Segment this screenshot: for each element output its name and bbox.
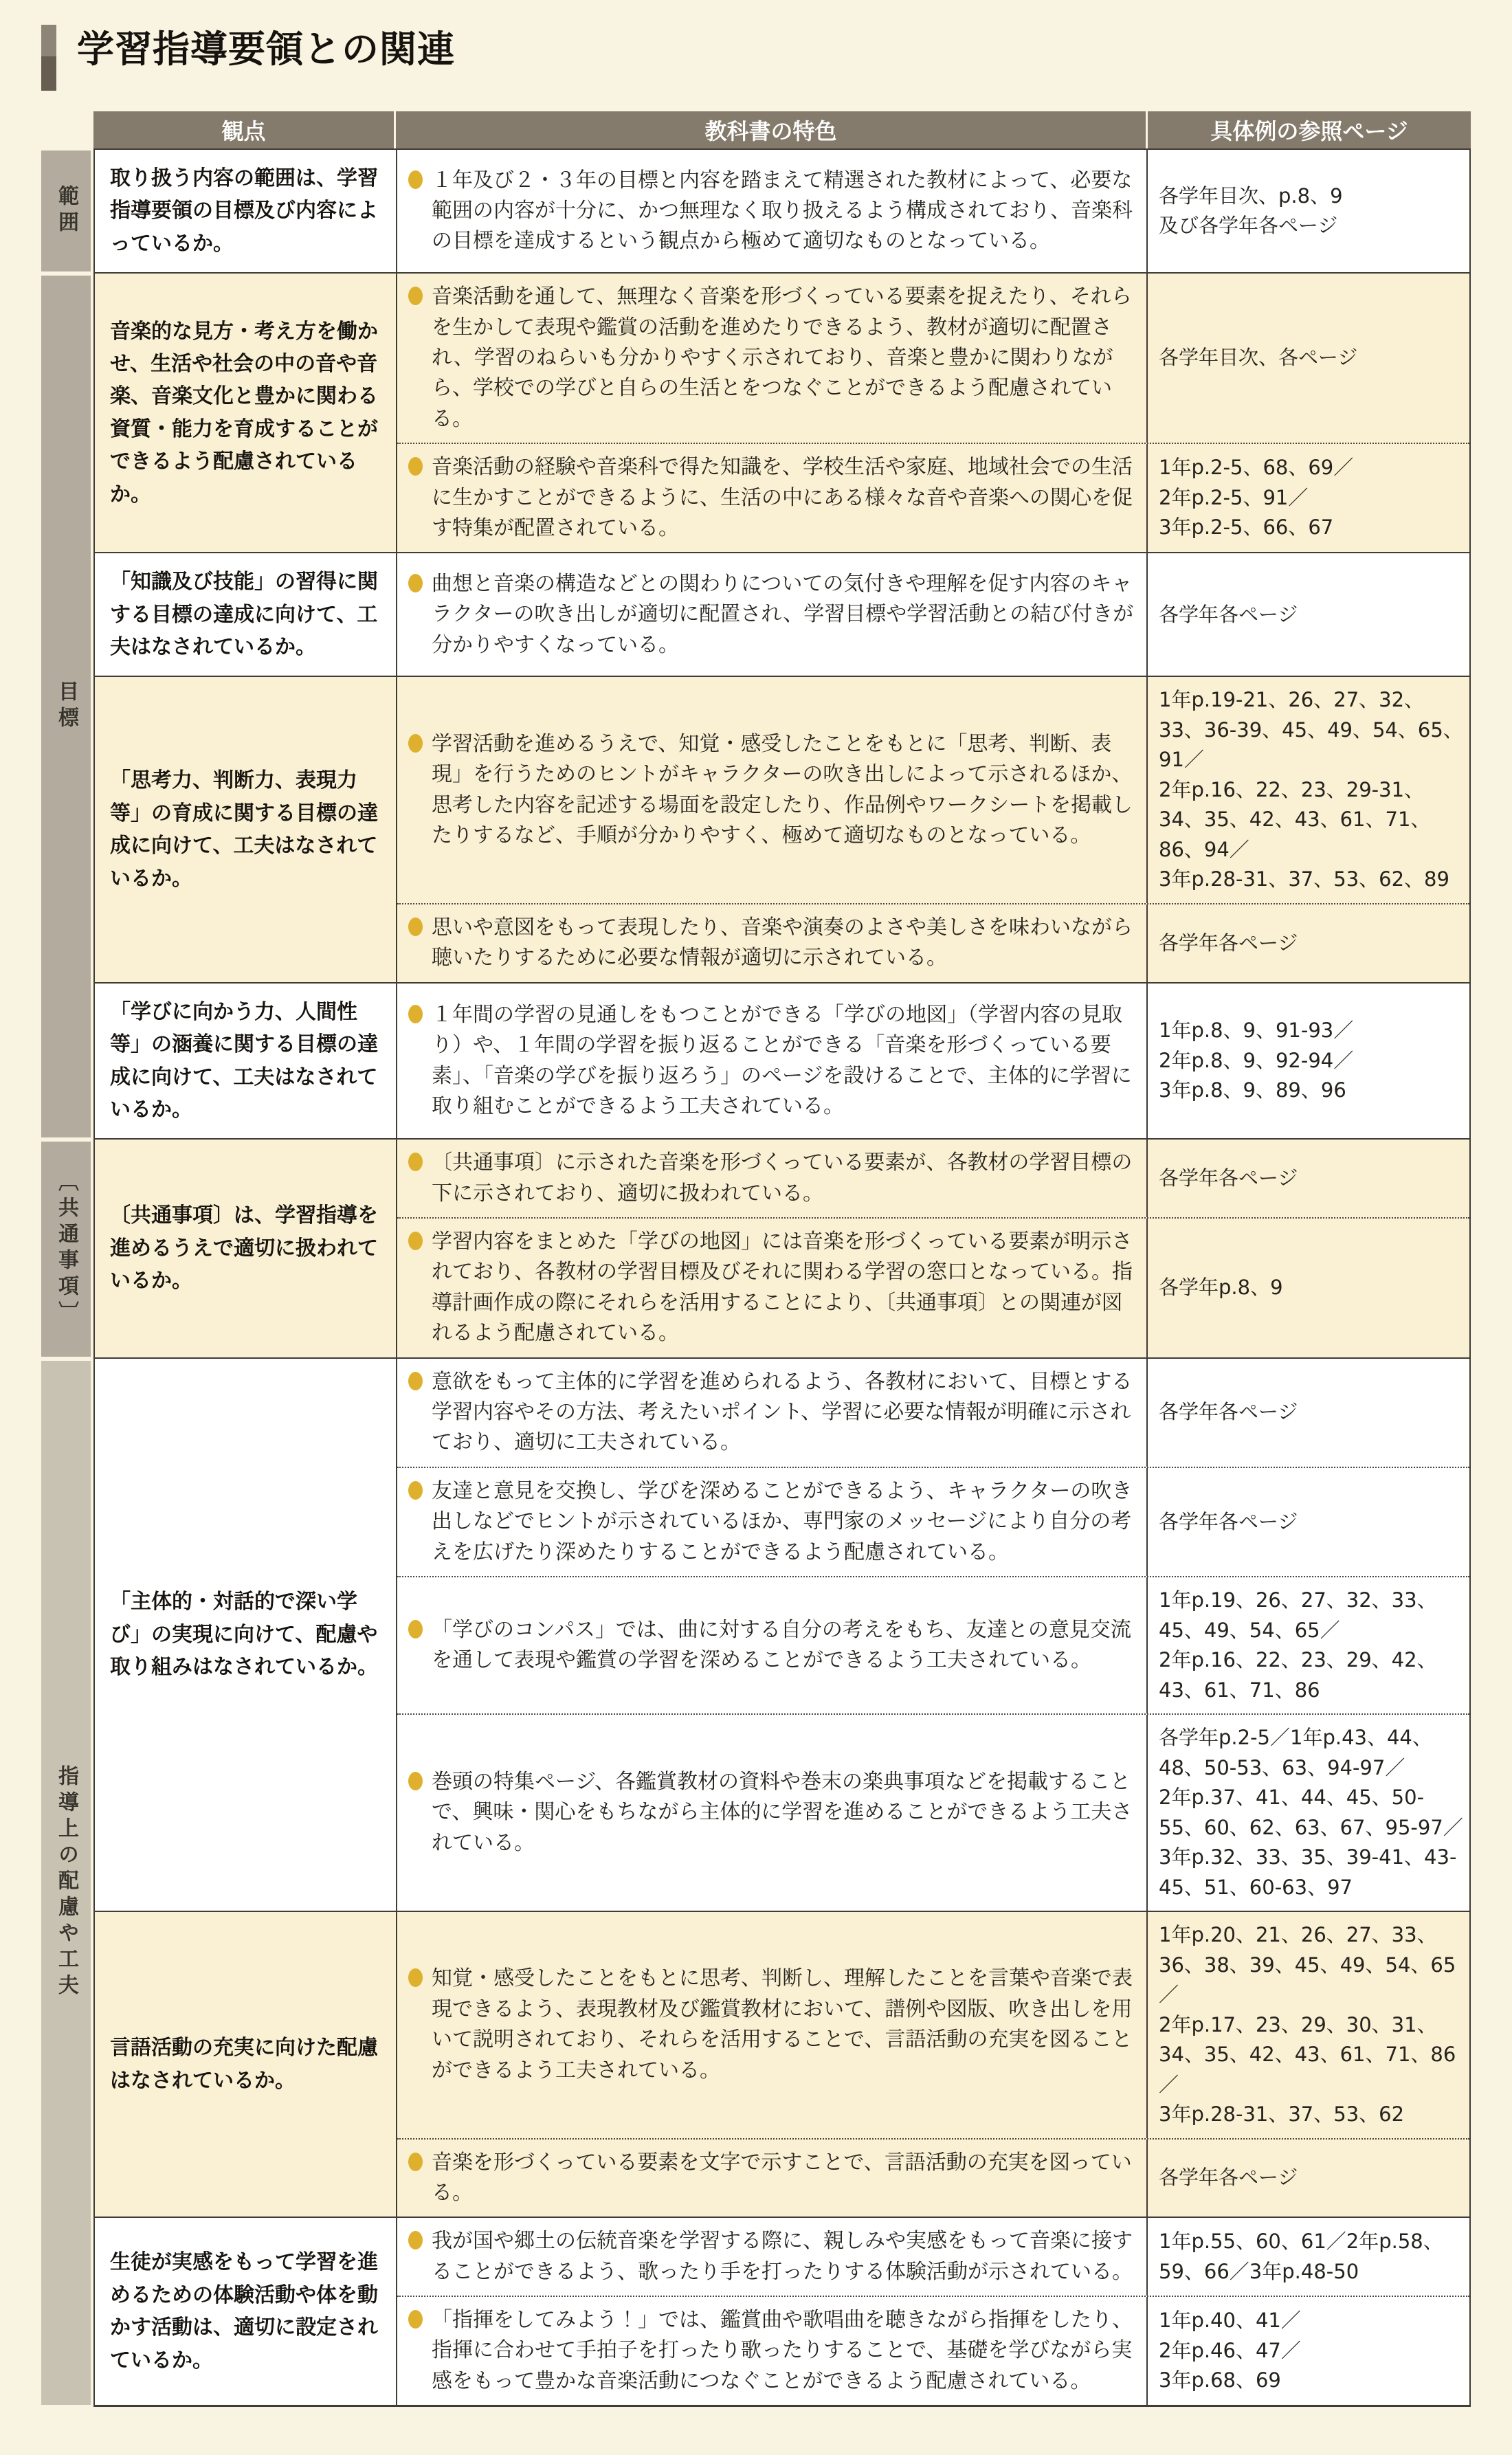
subrows: １年及び２・３年の目標と内容を踏まえて精選された教材によって、必要な範囲の内容が… [397,150,1469,272]
page-title: 学習指導要領との関連 [77,29,455,69]
feature-inner: 「指揮をしてみよう！」では、鑑賞曲や歌唱曲を聴きながら指揮をしたり、指揮に合わせ… [408,2305,1134,2397]
pages-cell: 1年p.40、41／ 2年p.46、47／ 3年p.68、69 [1146,2297,1469,2405]
section-label-cell: 範囲 [41,148,91,274]
pages-cell: 各学年各ページ [1146,1468,1469,1576]
feature-inner: 学習内容をまとめた「学びの地図」には音楽を形づくっている要素が明示されており、各… [408,1227,1134,1349]
feature-text: 思いや意図をもって表現したり、音楽や演奏のよさや美しさを味わいながら聴いたりする… [432,913,1134,974]
feature-inner: １年間の学習の見通しをもつことができる「学びの地図」（学習内容の見取り）や、１年… [408,1000,1134,1122]
section-rows: 「主体的・対話的で深い学び」の実現に向けて、配慮や取り組みはなされているか。 意… [93,1359,1471,2408]
feature-subrow: 巻頭の特集ページ、各鑑賞教材の資料や巻末の楽典事項などを掲載することで、興味・関… [397,1713,1469,1911]
subrows: １年間の学習の見通しをもつことができる「学びの地図」（学習内容の見取り）や、１年… [397,984,1469,1139]
section-rows: 取り扱う内容の範囲は、学習指導要領の目標及び内容によっているか。 １年及び２・３… [93,148,1471,274]
feature-subrow: 知覚・感受したことをもとに思考、判断し、理解したことを言葉や音楽で表現できるよう… [397,1912,1469,2138]
section-label-bg: 目標 [41,276,91,1137]
feature-cell: 音楽活動を通して、無理なく音楽を形づくっている要素を捉えたり、それらを生かして表… [397,274,1146,443]
bullet-icon [408,170,423,189]
subrows: 音楽活動を通して、無理なく音楽を形づくっている要素を捉えたり、それらを生かして表… [397,274,1469,552]
feature-text: 我が国や郷土の伝統音楽を学習する際に、親しみや実感をもって音楽に接することができ… [432,2226,1134,2287]
pages-cell: 各学年各ページ [1146,904,1469,982]
feature-cell: 〔共通事項〕に示された音楽を形づくっている要素が、各教材の学習目標の下に示されて… [397,1140,1146,1217]
pages-cell: 1年p.19、26、27、32、33、45、49、54、65／ 2年p.16、2… [1146,1577,1469,1713]
table-row: 「思考力、判断力、表現力等」の育成に関する目標の達成に向けて、工夫はなされている… [95,677,1469,983]
section-rows: 音楽的な見方・考え方を働かせ、生活や社会の中の音や音楽、音楽文化と豊かに関わる資… [93,274,1471,1140]
feature-text: 曲想と音楽の構造などとの関わりについての気付きや理解を促す内容のキャラクターの吹… [432,569,1134,660]
feature-cell: 曲想と音楽の構造などとの関わりについての気付きや理解を促す内容のキャラクターの吹… [397,553,1146,676]
feature-text: １年間の学習の見通しをもつことができる「学びの地図」（学習内容の見取り）や、１年… [432,1000,1134,1122]
section-label-bg: 範囲 [41,151,91,271]
table-body: 範囲 取り扱う内容の範囲は、学習指導要領の目標及び内容によっているか。 １年及び… [41,148,1471,2407]
bullet-icon [408,574,423,592]
table-row: 生徒が実感をもって学習を進めるための体験活動や体を動かす活動は、適切に設定されて… [95,2218,1469,2405]
table-row: 音楽的な見方・考え方を働かせ、生活や社会の中の音や音楽、音楽文化と豊かに関わる資… [95,274,1469,553]
bullet-icon [408,1968,423,1987]
viewpoint-cell: 音楽的な見方・考え方を働かせ、生活や社会の中の音や音楽、音楽文化と豊かに関わる資… [95,274,397,552]
bullet-icon [408,1620,423,1638]
feature-inner: 思いや意図をもって表現したり、音楽や演奏のよさや美しさを味わいながら聴いたりする… [408,913,1134,974]
feature-cell: １年間の学習の見通しをもつことができる「学びの地図」（学習内容の見取り）や、１年… [397,984,1146,1139]
feature-subrow: 「指揮をしてみよう！」では、鑑賞曲や歌唱曲を聴きながら指揮をしたり、指揮に合わせ… [397,2296,1469,2405]
feature-inner: 音楽活動を通して、無理なく音楽を形づくっている要素を捉えたり、それらを生かして表… [408,282,1134,434]
bullet-icon [408,1372,423,1390]
feature-subrow: １年間の学習の見通しをもつことができる「学びの地図」（学習内容の見取り）や、１年… [397,984,1469,1139]
viewpoint-cell: 「主体的・対話的で深い学び」の実現に向けて、配慮や取り組みはなされているか。 [95,1359,397,1911]
table-row: 「主体的・対話的で深い学び」の実現に向けて、配慮や取り組みはなされているか。 意… [95,1359,1469,1912]
subrows: 〔共通事項〕に示された音楽を形づくっている要素が、各教材の学習目標の下に示されて… [397,1140,1469,1357]
pages-cell: 各学年p.8、9 [1146,1219,1469,1357]
feature-text: 知覚・感受したことをもとに思考、判断し、理解したことを言葉や音楽で表現できるよう… [432,1964,1134,2086]
feature-text: 学習活動を進めるうえで、知覚・感受したことをもとに「思考、判断、表現」を行うため… [432,729,1134,852]
feature-cell: 音楽を形づくっている要素を文字で示すことで、言語活動の充実を図っている。 [397,2140,1146,2217]
feature-inner: 我が国や郷土の伝統音楽を学習する際に、親しみや実感をもって音楽に接することができ… [408,2226,1134,2287]
feature-inner: 音楽活動の経験や音楽科で得た知識を、学校生活や家庭、地域社会での生活に生かすこと… [408,452,1134,544]
table-section: 指導上の配慮や工夫 「主体的・対話的で深い学び」の実現に向けて、配慮や取り組みは… [41,1359,1471,2408]
subrows: 学習活動を進めるうえで、知覚・感受したことをもとに「思考、判断、表現」を行うため… [397,677,1469,981]
pages-cell: 1年p.20、21、26、27、33、36、38、39、45、49、54、65／… [1146,1912,1469,2138]
feature-text: 巻頭の特集ページ、各鑑賞教材の資料や巻末の楽典事項などを掲載することで、興味・関… [432,1767,1134,1858]
feature-text: 「学びのコンパス」では、曲に対する自分の考えをもち、友達との意見交流を通して表現… [432,1615,1134,1676]
feature-inner: 巻頭の特集ページ、各鑑賞教材の資料や巻末の楽典事項などを掲載することで、興味・関… [408,1767,1134,1858]
table-row: 「知識及び技能」の習得に関する目標の達成に向けて、工夫はなされているか。 曲想と… [95,553,1469,677]
bullet-icon [408,1232,423,1250]
title-bar-top-segment [41,25,56,56]
feature-cell: １年及び２・３年の目標と内容を踏まえて精選された教材によって、必要な範囲の内容が… [397,150,1146,272]
viewpoint-cell: 〔共通事項〕は、学習指導を進めるうえで適切に扱われているか。 [95,1140,397,1357]
feature-subrow: 我が国や郷土の伝統音楽を学習する際に、親しみや実感をもって音楽に接することができ… [397,2218,1469,2296]
bullet-icon [408,734,423,753]
section-label: 指導上の配慮や工夫 [51,1765,81,2000]
feature-cell: 意欲をもって主体的に学習を進められるよう、各教材において、目標とする学習内容やそ… [397,1359,1146,1467]
bullet-icon [408,2231,423,2250]
section-label-bg: 〔共通事項〕 [41,1142,91,1356]
relation-table: 観点 教科書の特色 具体例の参照ページ 範囲 取り扱う内容の範囲は、学習指導要領… [41,111,1471,2407]
feature-cell: 学習内容をまとめた「学びの地図」には音楽を形づくっている要素が明示されており、各… [397,1219,1146,1357]
table-row: 「学びに向かう力、人間性等」の涵養に関する目標の達成に向けて、工夫はなされている… [95,984,1469,1140]
feature-inner: 曲想と音楽の構造などとの関わりについての気付きや理解を促す内容のキャラクターの吹… [408,569,1134,660]
pages-cell: 1年p.19-21、26、27、32、33、36-39、45、49、54、65、… [1146,677,1469,903]
subrows: 意欲をもって主体的に学習を進められるよう、各教材において、目標とする学習内容やそ… [397,1359,1469,1911]
section-label: 範囲 [51,185,81,237]
feature-inner: 学習活動を進めるうえで、知覚・感受したことをもとに「思考、判断、表現」を行うため… [408,729,1134,852]
pages-cell: 各学年各ページ [1146,1140,1469,1217]
pages-cell: 各学年目次、各ページ [1146,274,1469,443]
feature-text: １年及び２・３年の目標と内容を踏まえて精選された教材によって、必要な範囲の内容が… [432,166,1134,257]
column-header-viewpoint: 観点 [93,111,396,148]
feature-text: 「指揮をしてみよう！」では、鑑賞曲や歌唱曲を聴きながら指揮をしたり、指揮に合わせ… [432,2305,1134,2397]
feature-subrow: １年及び２・３年の目標と内容を踏まえて精選された教材によって、必要な範囲の内容が… [397,150,1469,272]
title-bar-bottom-segment [41,56,56,91]
pages-cell: 各学年各ページ [1146,1359,1469,1467]
subrows: 知覚・感受したことをもとに思考、判断し、理解したことを言葉や音楽で表現できるよう… [397,1912,1469,2217]
pages-cell: 各学年目次、p.8、9 及び各学年各ページ [1146,150,1469,272]
section-label-cell: 目標 [41,274,91,1140]
feature-cell: 友達と意見を交換し、学びを深めることができるよう、キャラクターの吹き出しなどでヒ… [397,1468,1146,1576]
feature-cell: 「指揮をしてみよう！」では、鑑賞曲や歌唱曲を聴きながら指揮をしたり、指揮に合わせ… [397,2297,1146,2405]
feature-text: 〔共通事項〕に示された音楽を形づくっている要素が、各教材の学習目標の下に示されて… [432,1148,1134,1209]
section-rows: 〔共通事項〕は、学習指導を進めるうえで適切に扱われているか。 〔共通事項〕に示さ… [93,1140,1471,1358]
feature-inner: 音楽を形づくっている要素を文字で示すことで、言語活動の充実を図っている。 [408,2148,1134,2209]
feature-inner: 友達と意見を交換し、学びを深めることができるよう、キャラクターの吹き出しなどでヒ… [408,1476,1134,1568]
feature-cell: 音楽活動の経験や音楽科で得た知識を、学校生活や家庭、地域社会での生活に生かすこと… [397,444,1146,552]
feature-inner: 意欲をもって主体的に学習を進められるよう、各教材において、目標とする学習内容やそ… [408,1367,1134,1458]
feature-subrow: 学習活動を進めるうえで、知覚・感受したことをもとに「思考、判断、表現」を行うため… [397,677,1469,903]
document-page: 学習指導要領との関連 観点 教科書の特色 具体例の参照ページ 範囲 取り扱う内容… [0,0,1512,2455]
feature-text: 音楽活動を通して、無理なく音楽を形づくっている要素を捉えたり、それらを生かして表… [432,282,1134,434]
feature-inner: 〔共通事項〕に示された音楽を形づくっている要素が、各教材の学習目標の下に示されて… [408,1148,1134,1209]
viewpoint-cell: 「知識及び技能」の習得に関する目標の達成に向けて、工夫はなされているか。 [95,553,397,676]
feature-inner: 「学びのコンパス」では、曲に対する自分の考えをもち、友達との意見交流を通して表現… [408,1615,1134,1676]
subrows: 我が国や郷土の伝統音楽を学習する際に、親しみや実感をもって音楽に接することができ… [397,2218,1469,2405]
feature-subrow: 思いや意図をもって表現したり、音楽や演奏のよさや美しさを味わいながら聴いたりする… [397,903,1469,982]
subrows: 曲想と音楽の構造などとの関わりについての気付きや理解を促す内容のキャラクターの吹… [397,553,1469,676]
page-title-block: 学習指導要領との関連 [41,25,1471,91]
table-header-row: 観点 教科書の特色 具体例の参照ページ [41,111,1471,148]
feature-subrow: 〔共通事項〕に示された音楽を形づくっている要素が、各教材の学習目標の下に示されて… [397,1140,1469,1217]
feature-subrow: 学習内容をまとめた「学びの地図」には音楽を形づくっている要素が明示されており、各… [397,1217,1469,1357]
feature-subrow: 音楽活動の経験や音楽科で得た知識を、学校生活や家庭、地域社会での生活に生かすこと… [397,443,1469,552]
bullet-icon [408,2310,423,2329]
viewpoint-cell: 生徒が実感をもって学習を進めるための体験活動や体を動かす活動は、適切に設定されて… [95,2218,397,2405]
section-label: 〔共通事項〕 [51,1170,81,1327]
bullet-icon [408,1153,423,1171]
pages-cell: 1年p.2-5、68、69／ 2年p.2-5、91／ 3年p.2-5、66、67 [1146,444,1469,552]
table-row: 取り扱う内容の範囲は、学習指導要領の目標及び内容によっているか。 １年及び２・３… [95,150,1469,274]
title-accent-bar [41,25,56,91]
bullet-icon [408,1772,423,1790]
table-row: 言語活動の充実に向けた配慮はなされているか。 知覚・感受したことをもとに思考、判… [95,1912,1469,2218]
feature-text: 音楽活動の経験や音楽科で得た知識を、学校生活や家庭、地域社会での生活に生かすこと… [432,452,1134,544]
section-label-cell: 〔共通事項〕 [41,1140,91,1358]
pages-cell: 各学年各ページ [1146,553,1469,676]
feature-subrow: 「学びのコンパス」では、曲に対する自分の考えをもち、友達との意見交流を通して表現… [397,1576,1469,1713]
table-section: 目標 音楽的な見方・考え方を働かせ、生活や社会の中の音や音楽、音楽文化と豊かに関… [41,274,1471,1140]
viewpoint-cell: 言語活動の充実に向けた配慮はなされているか。 [95,1912,397,2217]
feature-cell: 「学びのコンパス」では、曲に対する自分の考えをもち、友達との意見交流を通して表現… [397,1577,1146,1713]
feature-subrow: 音楽活動を通して、無理なく音楽を形づくっている要素を捉えたり、それらを生かして表… [397,274,1469,443]
table-row: 〔共通事項〕は、学習指導を進めるうえで適切に扱われているか。 〔共通事項〕に示さ… [95,1140,1469,1358]
feature-text: 意欲をもって主体的に学習を進められるよう、各教材において、目標とする学習内容やそ… [432,1367,1134,1458]
feature-text: 音楽を形づくっている要素を文字で示すことで、言語活動の充実を図っている。 [432,2148,1134,2209]
column-header-pages: 具体例の参照ページ [1148,111,1471,148]
feature-inner: １年及び２・３年の目標と内容を踏まえて精選された教材によって、必要な範囲の内容が… [408,166,1134,257]
column-header-features: 教科書の特色 [396,111,1148,148]
feature-cell: 巻頭の特集ページ、各鑑賞教材の資料や巻末の楽典事項などを掲載することで、興味・関… [397,1715,1146,1911]
feature-cell: 知覚・感受したことをもとに思考、判断し、理解したことを言葉や音楽で表現できるよう… [397,1912,1146,2138]
pages-cell: 各学年p.2-5／1年p.43、44、48、50-53、63、94-97／ 2年… [1146,1715,1469,1911]
feature-inner: 知覚・感受したことをもとに思考、判断し、理解したことを言葉や音楽で表現できるよう… [408,1964,1134,2086]
section-label-cell: 指導上の配慮や工夫 [41,1359,91,2408]
section-label: 目標 [51,680,81,733]
feature-subrow: 友達と意見を交換し、学びを深めることができるよう、キャラクターの吹き出しなどでヒ… [397,1467,1469,1576]
feature-cell: 我が国や郷土の伝統音楽を学習する際に、親しみや実感をもって音楽に接することができ… [397,2218,1146,2296]
pages-cell: 1年p.8、9、91-93／ 2年p.8、9、92-94／ 3年p.8、9、89… [1146,984,1469,1139]
header-spacer [41,111,93,148]
feature-cell: 学習活動を進めるうえで、知覚・感受したことをもとに「思考、判断、表現」を行うため… [397,677,1146,903]
feature-subrow: 音楽を形づくっている要素を文字で示すことで、言語活動の充実を図っている。 各学年… [397,2138,1469,2217]
pages-cell: 各学年各ページ [1146,2140,1469,2217]
viewpoint-cell: 取り扱う内容の範囲は、学習指導要領の目標及び内容によっているか。 [95,150,397,272]
bullet-icon [408,918,423,936]
section-label-bg: 指導上の配慮や工夫 [41,1361,91,2406]
viewpoint-cell: 「学びに向かう力、人間性等」の涵養に関する目標の達成に向けて、工夫はなされている… [95,984,397,1139]
table-section: 範囲 取り扱う内容の範囲は、学習指導要領の目標及び内容によっているか。 １年及び… [41,148,1471,274]
feature-subrow: 曲想と音楽の構造などとの関わりについての気付きや理解を促す内容のキャラクターの吹… [397,553,1469,676]
feature-text: 学習内容をまとめた「学びの地図」には音楽を形づくっている要素が明示されており、各… [432,1227,1134,1349]
feature-text: 友達と意見を交換し、学びを深めることができるよう、キャラクターの吹き出しなどでヒ… [432,1476,1134,1568]
bullet-icon [408,1005,423,1023]
bullet-icon [408,1481,423,1500]
bullet-icon [408,457,423,476]
viewpoint-cell: 「思考力、判断力、表現力等」の育成に関する目標の達成に向けて、工夫はなされている… [95,677,397,981]
bullet-icon [408,287,423,305]
feature-subrow: 意欲をもって主体的に学習を進められるよう、各教材において、目標とする学習内容やそ… [397,1359,1469,1467]
bullet-icon [408,2153,423,2171]
pages-cell: 1年p.55、60、61／2年p.58、59、66／3年p.48-50 [1146,2218,1469,2296]
feature-cell: 思いや意図をもって表現したり、音楽や演奏のよさや美しさを味わいながら聴いたりする… [397,904,1146,982]
table-section: 〔共通事項〕 〔共通事項〕は、学習指導を進めるうえで適切に扱われているか。 〔共… [41,1140,1471,1358]
